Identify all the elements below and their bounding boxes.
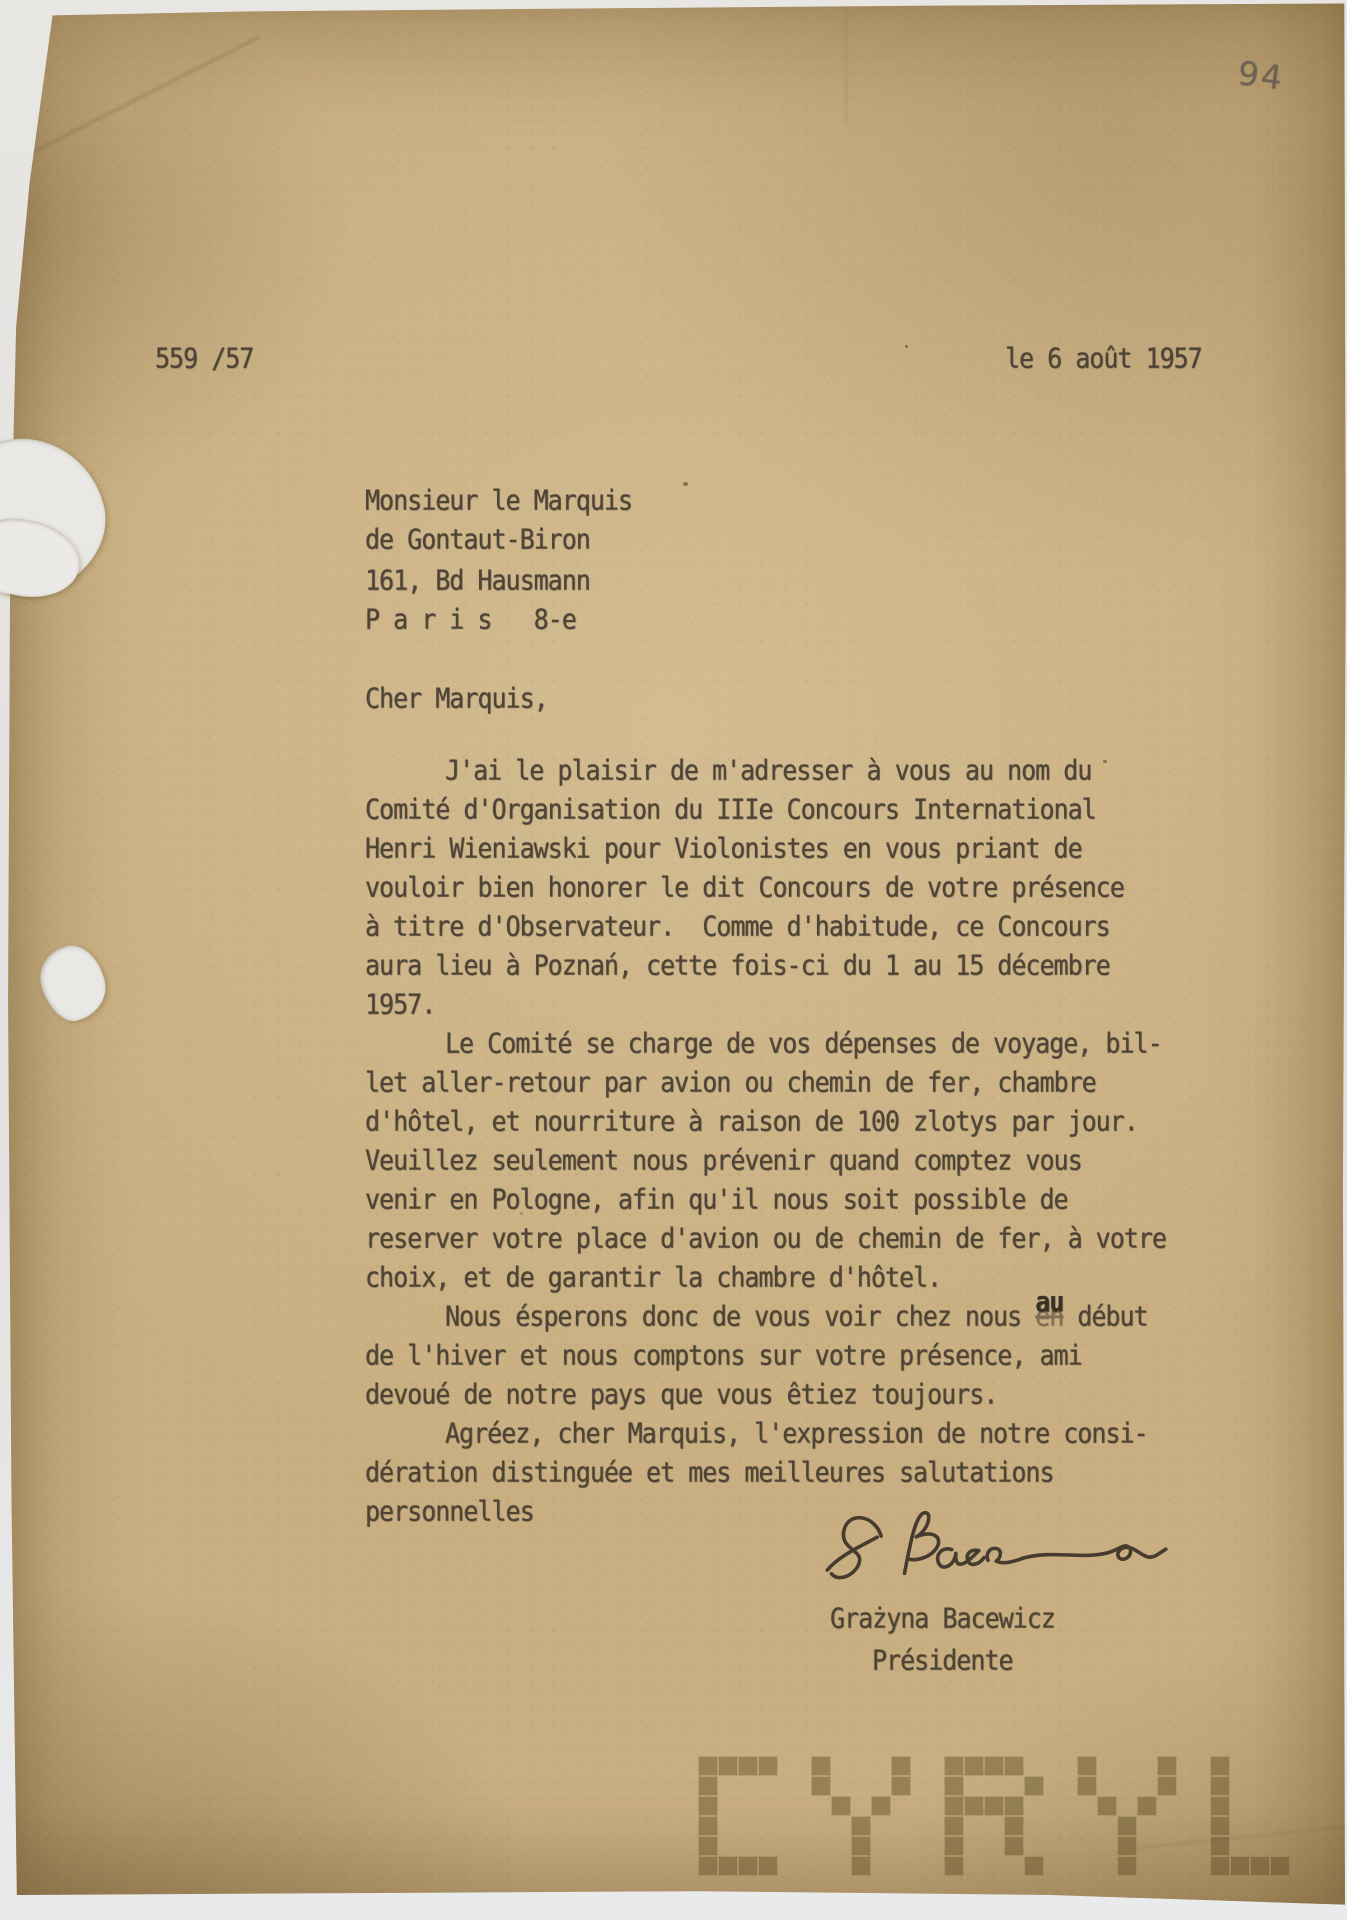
watermark-block (871, 1836, 891, 1856)
body-line: devoué de notre pays que vous êtiez touj… (365, 1380, 997, 1408)
body-line: venir en Pologne, afin qu'il nous soit p… (365, 1185, 1068, 1213)
watermark-block (831, 1756, 851, 1776)
watermark-block (1024, 1776, 1044, 1796)
watermark-block (738, 1796, 758, 1816)
watermark-letter-C (698, 1756, 778, 1876)
watermark-block (851, 1776, 871, 1796)
watermark-block (964, 1796, 984, 1816)
watermark-block (851, 1856, 871, 1876)
reference-number: 559 /57 (155, 344, 253, 372)
watermark-block (1230, 1856, 1250, 1876)
watermark-block (1117, 1776, 1137, 1796)
watermark-block (811, 1856, 831, 1876)
watermark-block (1270, 1836, 1290, 1856)
watermark-block (718, 1836, 738, 1856)
watermark-block (811, 1836, 831, 1856)
watermark-block (1157, 1776, 1177, 1796)
watermark-block (738, 1856, 758, 1876)
body-line: Comité d'Organisation du IIIe Concours I… (365, 795, 1096, 823)
watermark-block (811, 1776, 831, 1796)
watermark-block (871, 1756, 891, 1776)
scanned-letter-page: { "document": { "kind": "typewritten-let… (0, 0, 1347, 1920)
watermark-block (1004, 1776, 1024, 1796)
watermark-block (984, 1836, 1004, 1856)
body-line: Agréez, cher Marquis, l'expression de no… (445, 1419, 1148, 1447)
watermark-block (1210, 1836, 1230, 1856)
body-line: let aller-retour par avion ou chemin de … (365, 1068, 1096, 1096)
watermark-block (984, 1796, 1004, 1816)
watermark-block (944, 1856, 964, 1876)
watermark-block (1210, 1816, 1230, 1836)
paper-crease (845, 6, 847, 124)
watermark-block (718, 1796, 738, 1816)
watermark-block (1250, 1776, 1270, 1796)
watermark-block (944, 1816, 964, 1836)
body-line: dération distinguée et mes meilleures sa… (365, 1458, 1054, 1486)
watermark-block (1270, 1756, 1290, 1776)
overtyped-word: au (1035, 1287, 1063, 1315)
watermark-letter-Y (1077, 1756, 1177, 1876)
watermark-block (964, 1856, 984, 1876)
watermark-block (1157, 1756, 1177, 1776)
watermark-block (718, 1756, 738, 1776)
watermark-block (1077, 1856, 1097, 1876)
watermark-block (1157, 1856, 1177, 1876)
recipient-line: P a r i s 8-e (365, 605, 576, 633)
body-line: 1957. (365, 990, 435, 1018)
watermark-block (984, 1856, 1004, 1876)
watermark-block (1157, 1836, 1177, 1856)
body-line-post: début (1063, 1300, 1147, 1332)
watermark-block (718, 1816, 738, 1836)
watermark-block (698, 1836, 718, 1856)
watermark-block (1004, 1836, 1024, 1856)
watermark-block (811, 1796, 831, 1816)
watermark-block (871, 1796, 891, 1816)
watermark-block (698, 1796, 718, 1816)
watermark-block (871, 1816, 891, 1836)
watermark-block (1230, 1756, 1250, 1776)
body-line-with-correction: Nous ésperons donc de vous voir chez nou… (445, 1302, 1148, 1330)
watermark-block (1137, 1796, 1157, 1816)
watermark-block (1117, 1796, 1137, 1816)
watermark-block (1024, 1836, 1044, 1856)
body-line: à titre d'Observateur. Comme d'habitude,… (365, 912, 1110, 940)
body-line: Henri Wieniawski pour Violonistes en vou… (365, 834, 1082, 862)
watermark-block (964, 1776, 984, 1796)
ink-speck (1103, 760, 1107, 763)
recipient-line: Monsieur le Marquis (365, 486, 632, 514)
watermark-block (1024, 1816, 1044, 1836)
typed-correction: enau (1035, 1302, 1063, 1330)
body-line-pre: Nous ésperons donc de vous voir chez nou… (445, 1300, 1035, 1332)
watermark-block (851, 1836, 871, 1856)
watermark-block (891, 1856, 911, 1876)
watermark-block (698, 1856, 718, 1876)
watermark-block (758, 1836, 778, 1856)
watermark-block (1117, 1816, 1137, 1836)
watermark-block (891, 1776, 911, 1796)
body-line: choix, et de garantir la chambre d'hôtel… (365, 1263, 941, 1291)
watermark-block (758, 1796, 778, 1816)
watermark-block (1024, 1856, 1044, 1876)
watermark-block (698, 1776, 718, 1796)
recipient-line: 161, Bd Hausmann (365, 566, 590, 594)
watermark-block (831, 1796, 851, 1816)
watermark-block (1230, 1796, 1250, 1816)
watermark-block (1137, 1836, 1157, 1856)
watermark-block (871, 1776, 891, 1796)
watermark-letter-R (944, 1756, 1044, 1876)
watermark-block (718, 1776, 738, 1796)
watermark-block (964, 1756, 984, 1776)
watermark-block (964, 1836, 984, 1856)
watermark-block (1270, 1776, 1290, 1796)
watermark-block (811, 1816, 831, 1836)
date-line: le 6 août 1957 (1005, 344, 1202, 372)
paper-sheet: 559 /57 le 6 août 1957 Monsieur le Marqu… (0, 0, 1347, 1920)
watermark-block (1137, 1776, 1157, 1796)
watermark-block (944, 1776, 964, 1796)
watermark-block (1117, 1836, 1137, 1856)
watermark-letter-Y (811, 1756, 911, 1876)
body-line: reserver votre place d'avion ou de chemi… (365, 1224, 1166, 1252)
watermark-block (1250, 1856, 1270, 1876)
watermark-block (1137, 1756, 1157, 1776)
watermark-block (891, 1796, 911, 1816)
watermark-block (1137, 1856, 1157, 1876)
body-line: Le Comité se charge de vos dépenses de v… (445, 1029, 1162, 1057)
watermark-block (944, 1796, 964, 1816)
watermark-block (831, 1836, 851, 1856)
watermark-block (831, 1776, 851, 1796)
watermark-block (1270, 1856, 1290, 1876)
body-line: J'ai le plaisir de m'adresser à vous au … (445, 756, 1091, 784)
watermark-block (1210, 1756, 1230, 1776)
watermark-block (811, 1756, 831, 1776)
watermark-block (1270, 1816, 1290, 1836)
watermark-block (1004, 1796, 1024, 1816)
watermark-block (1077, 1836, 1097, 1856)
watermark-block (871, 1856, 891, 1876)
watermark-block (984, 1776, 1004, 1796)
watermark-block (758, 1756, 778, 1776)
watermark-block (1250, 1816, 1270, 1836)
watermark-block (1097, 1856, 1117, 1876)
watermark-block (738, 1776, 758, 1796)
watermark-block (1117, 1856, 1137, 1876)
watermark-block (1077, 1756, 1097, 1776)
watermark-block (1137, 1816, 1157, 1836)
ink-speck (905, 345, 908, 348)
watermark-block (891, 1836, 911, 1856)
body-line: de l'hiver et nous comptons sur votre pr… (365, 1341, 1082, 1369)
pencil-page-number: 94 (1236, 53, 1286, 97)
watermark-block (1157, 1816, 1177, 1836)
watermark-block (738, 1816, 758, 1836)
watermark-block (944, 1756, 964, 1776)
watermark-block (1004, 1816, 1024, 1836)
body-line: vouloir bien honorer le dit Concours de … (365, 873, 1124, 901)
salutation: Cher Marquis, (365, 684, 548, 712)
ink-speck (683, 482, 688, 486)
watermark-block (1157, 1796, 1177, 1816)
watermark-block (1077, 1776, 1097, 1796)
watermark-block (698, 1756, 718, 1776)
watermark-block (891, 1756, 911, 1776)
watermark-block (1250, 1756, 1270, 1776)
watermark-block (1004, 1856, 1024, 1876)
watermark-block (1097, 1816, 1117, 1836)
watermark-cyryl (698, 1756, 1290, 1876)
body-line: aura lieu à Poznań, cette fois-ci du 1 a… (365, 951, 1110, 979)
watermark-block (1230, 1836, 1250, 1856)
watermark-block (698, 1816, 718, 1836)
watermark-block (758, 1816, 778, 1836)
watermark-letter-L (1210, 1756, 1290, 1876)
watermark-block (891, 1816, 911, 1836)
watermark-block (851, 1816, 871, 1836)
watermark-block (1077, 1816, 1097, 1836)
watermark-block (1097, 1756, 1117, 1776)
watermark-block (738, 1836, 758, 1856)
watermark-block (964, 1816, 984, 1836)
watermark-block (1210, 1796, 1230, 1816)
watermark-block (758, 1776, 778, 1796)
watermark-block (851, 1756, 871, 1776)
watermark-block (1097, 1836, 1117, 1856)
watermark-block (1024, 1756, 1044, 1776)
body-line: d'hôtel, et nourriture à raison de 100 z… (365, 1107, 1138, 1135)
watermark-block (738, 1756, 758, 1776)
body-line: Veuillez seulement nous prévenir quand c… (365, 1146, 1082, 1174)
signature-title: Présidente (872, 1646, 1013, 1674)
watermark-block (1024, 1796, 1044, 1816)
watermark-block (1117, 1756, 1137, 1776)
watermark-block (718, 1856, 738, 1876)
watermark-block (1270, 1796, 1290, 1816)
recipient-line: de Gontaut-Biron (365, 525, 590, 553)
watermark-block (1097, 1776, 1117, 1796)
watermark-block (1230, 1776, 1250, 1796)
watermark-block (984, 1816, 1004, 1836)
watermark-block (758, 1856, 778, 1876)
watermark-block (1230, 1816, 1250, 1836)
watermark-block (1097, 1796, 1117, 1816)
watermark-block (831, 1856, 851, 1876)
watermark-block (1210, 1776, 1230, 1796)
watermark-block (944, 1836, 964, 1856)
watermark-block (1250, 1796, 1270, 1816)
watermark-block (851, 1796, 871, 1816)
watermark-block (1077, 1796, 1097, 1816)
watermark-block (1250, 1836, 1270, 1856)
watermark-block (984, 1756, 1004, 1776)
watermark-block (831, 1816, 851, 1836)
watermark-block (1210, 1856, 1230, 1876)
watermark-block (1004, 1756, 1024, 1776)
signature-name: Grażyna Bacewicz (830, 1604, 1055, 1632)
body-line: personnelles (365, 1497, 534, 1525)
